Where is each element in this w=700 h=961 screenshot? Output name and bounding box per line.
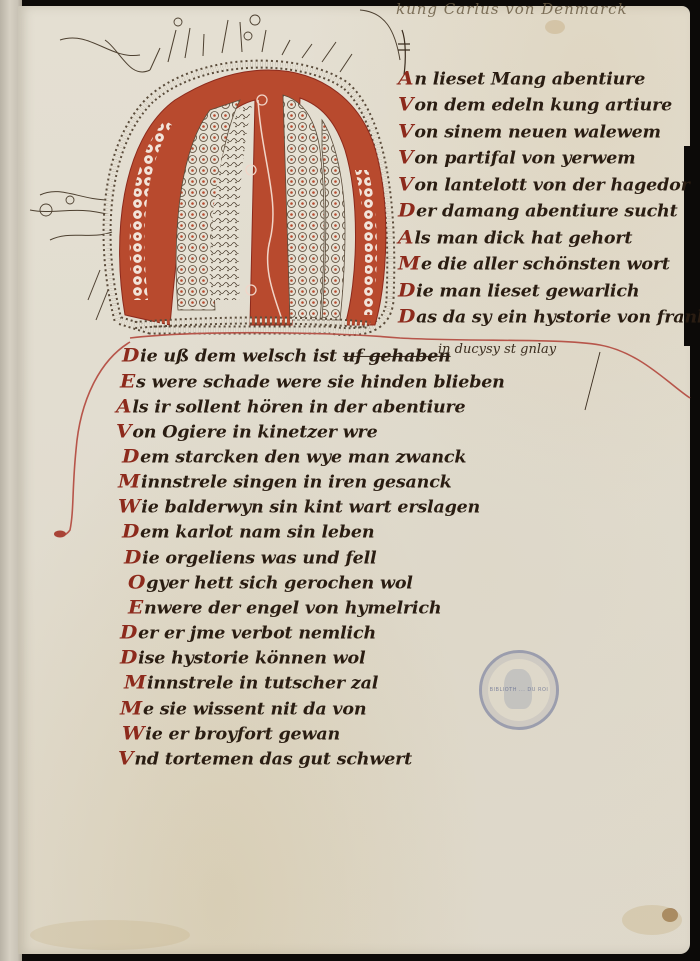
stain bbox=[30, 920, 190, 950]
library-stamp: BIBLIOTH ... DU ROI bbox=[479, 650, 559, 730]
text-line: Vnd tortemen das gut schwert bbox=[118, 747, 412, 770]
text-line: Der damang abentiure sucht bbox=[398, 199, 677, 222]
text-line: Wie balderwyn sin kint wart erslagen bbox=[118, 495, 480, 518]
header-annotation: kung Carlus von Denmarck bbox=[396, 0, 628, 18]
text-line: Von partifal von yerwem bbox=[398, 146, 635, 169]
text-line: Von lantelott von der hagedor bbox=[398, 173, 690, 196]
text-line: Das da sy ein hystorie von frank bbox=[398, 305, 700, 328]
marginal-note: in ducysy st gnlay bbox=[438, 342, 556, 357]
stain bbox=[545, 20, 565, 34]
text-line: An lieset Mang abentiure bbox=[398, 67, 645, 90]
text-line: Von dem edeln kung artiure bbox=[398, 93, 672, 116]
text-line: Von Ogiere in kinetzer wre bbox=[116, 420, 378, 443]
text-line: Die uß dem welsch ist uf gehaben bbox=[122, 344, 451, 367]
text-line: Wie er broyfort gewan bbox=[122, 722, 340, 745]
text-line: Der er jme verbot nemlich bbox=[120, 621, 376, 644]
text-line: Als man dick hat gehort bbox=[398, 226, 632, 249]
text-line: Dise hystorie können wol bbox=[120, 646, 365, 669]
text-line: Dem starcken den wye man zwanck bbox=[122, 445, 466, 468]
text-line: Von sinem neuen walewem bbox=[398, 120, 661, 143]
text-line: Die orgeliens was und fell bbox=[124, 546, 376, 569]
text-line: Ogyer hett sich gerochen wol bbox=[128, 571, 413, 594]
stain bbox=[622, 905, 682, 935]
text-line: Me die aller schönsten wort bbox=[398, 252, 670, 275]
text-line: Minnstrele in tutscher zal bbox=[124, 671, 378, 694]
text-line: Minnstrele singen in iren gesanck bbox=[118, 470, 452, 493]
stamp-text: BIBLIOTH ... DU ROI bbox=[482, 653, 556, 727]
text-line: Me sie wissent nit da von bbox=[120, 697, 366, 720]
text-line: Dem karlot nam sin leben bbox=[122, 520, 374, 543]
text-line: Als ir sollent hören in der abentiure bbox=[116, 395, 466, 418]
text-line: Es were schade were sie hinden blieben bbox=[120, 370, 505, 393]
text-line: Enwere der engel von hymelrich bbox=[128, 596, 441, 619]
text-line: Die man lieset gewarlich bbox=[398, 279, 639, 302]
